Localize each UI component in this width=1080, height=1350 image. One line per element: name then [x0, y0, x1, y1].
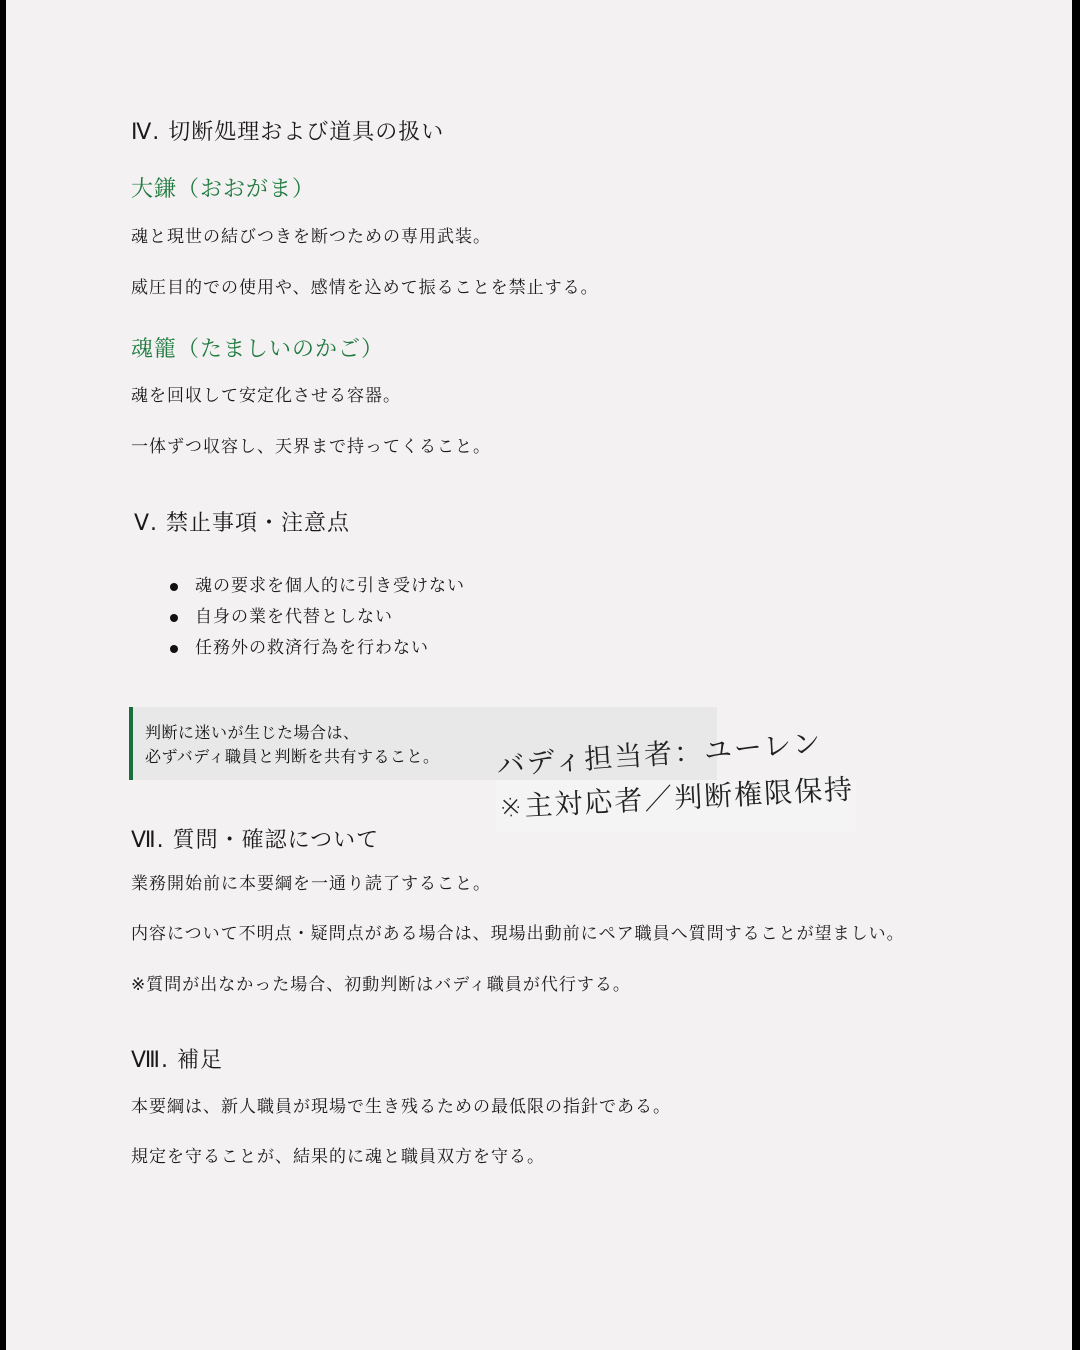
- list-item: 魂の要求を個人的に引き受けない: [160, 574, 465, 605]
- section-heading-5: Ⅴ. 禁止事項・注意点: [134, 506, 350, 537]
- subheading-tamashii-no-kago: 魂籠（たましいのかご）: [131, 332, 384, 363]
- section-heading-4: Ⅳ. 切断処理および道具の扱い: [131, 115, 444, 146]
- paragraph: 魂を回収して安定化させる容器。: [131, 381, 401, 406]
- callout-line: 必ずバディ職員と判断を共有すること。: [145, 744, 439, 767]
- document-page: Ⅳ. 切断処理および道具の扱い 大鎌（おおがま） 魂と現世の結びつきを断つための…: [6, 0, 1072, 1350]
- bullet-icon: [170, 645, 178, 653]
- paragraph: 業務開始前に本要綱を一通り読了すること。: [131, 869, 491, 894]
- subheading-ogama: 大鎌（おおがま）: [131, 172, 315, 203]
- paragraph: 威圧目的での使用や、感情を込めて振ることを禁止する。: [131, 273, 599, 298]
- list-item: 任務外の救済行為を行わない: [160, 636, 465, 667]
- paragraph: 本要綱は、新人職員が現場で生き残るための最低限の指針である。: [131, 1092, 671, 1117]
- bullet-icon: [170, 583, 178, 591]
- prohibition-list: 魂の要求を個人的に引き受けない 自身の業を代替としない 任務外の救済行為を行わな…: [160, 574, 465, 667]
- paragraph: 魂と現世の結びつきを断つための専用武装。: [131, 222, 491, 247]
- paragraph: 一体ずつ収容し、天界まで持ってくること。: [131, 432, 491, 457]
- paragraph: 規定を守ることが、結果的に魂と職員双方を守る。: [131, 1142, 545, 1167]
- section-heading-8: Ⅷ. 補足: [131, 1043, 223, 1074]
- paragraph: 内容について不明点・疑問点がある場合は、現場出動前にペア職員へ質問することが望ま…: [131, 919, 905, 944]
- list-item: 自身の業を代替としない: [160, 605, 465, 636]
- section-heading-7: Ⅶ. 質問・確認について: [131, 823, 379, 854]
- paragraph: ※質問が出なかった場合、初動判断はバディ職員が代行する。: [131, 970, 631, 995]
- list-item-text: 自身の業を代替としない: [195, 607, 393, 627]
- bullet-icon: [170, 614, 178, 622]
- list-item-text: 任務外の救済行為を行わない: [195, 638, 429, 658]
- callout-line: 判断に迷いが生じた場合は、: [145, 720, 360, 743]
- list-item-text: 魂の要求を個人的に引き受けない: [195, 576, 465, 596]
